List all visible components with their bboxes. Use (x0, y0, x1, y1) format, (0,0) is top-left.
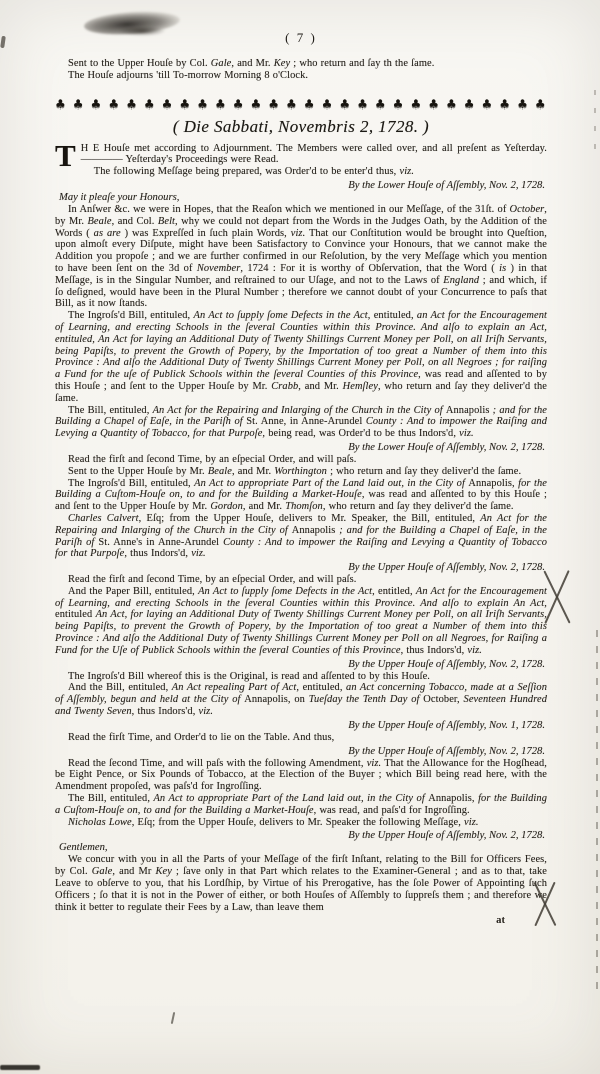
margin-mark-left (0, 36, 6, 48)
page-edge-marks-top (594, 90, 596, 150)
date-heading: ( Die Sabbati, Novembris 2, 1728. ) (55, 117, 547, 137)
content-flow: Sent to the Upper Houſe by Col. Gale, an… (55, 58, 547, 913)
handwritten-cross-mark-1 (538, 568, 578, 628)
opening-paragraph: TH E Houſe met according to Adjournment.… (55, 143, 547, 167)
para-ingrossd-schools-bill: The Ingroſs'd Bill, entituled, An Act to… (55, 310, 547, 404)
salutation-line: May it pleaſe your Honours, (55, 192, 547, 204)
ornament-row: ♣ ♣ ♣ ♣ ♣ ♣ ♣ ♣ ♣ ♣ ♣ ♣ ♣ ♣ ♣ ♣ ♣ ♣ ♣ ♣ … (55, 97, 547, 111)
para-repealing-tobacco-bill: And the Bill, entituled, An Act repealin… (55, 682, 547, 717)
para-paper-bill-schools: And the Paper Bill, entituled, An Act to… (55, 586, 547, 657)
catchword: at (55, 915, 547, 926)
endorsement-line: By the Lower Houſe of Aſſembly, Nov. 2, … (55, 180, 545, 192)
para-we-concur: We concur with you in all the Parts of y… (55, 854, 547, 913)
para-nicholas-lowe-delivers: Nicholas Lowe, Eſq; from the Upper Houſe… (55, 817, 547, 829)
endorsement-line: By the Upper Houſe of Aſſembly, Nov. 2, … (55, 562, 545, 574)
para-bill-customhouse-ingrossing: The Bill, entituled, An Act to appropria… (55, 793, 547, 817)
salutation-line: Gentlemen, (55, 842, 547, 854)
para-read-first-second: Read the firſt and ſecond Time, by an eſ… (55, 454, 547, 466)
endorsement-line: By the Upper Houſe of Aſſembly, Nov. 2, … (55, 659, 545, 671)
endorsement-line: By the Upper Houſe of Aſſembly, Nov. 2, … (55, 830, 545, 842)
para-ingrossd-customhouse-bill: The Ingroſs'd Bill, entituled, An Act to… (55, 478, 547, 513)
scan-edge-artifact (0, 1065, 40, 1070)
para-ingrossd-original: The Ingroſs'd Bill whereof this is the O… (55, 671, 547, 683)
para-following-message: The following Meſſage being prepared, wa… (55, 166, 547, 178)
para-charles-calvert-delivers: Charles Calvert, Eſq; from the Upper Hou… (55, 513, 547, 560)
handwritten-cross-mark-2 (526, 880, 562, 932)
page-edge-marks (596, 630, 598, 990)
endorsement-line: By the Lower Houſe of Aſſembly, Nov. 2, … (55, 442, 545, 454)
para-in-answer: In Anſwer &c. we were in Hopes, that the… (55, 204, 547, 310)
para-read-second-amendment: Read the ſecond Time, and will paſs with… (55, 758, 547, 793)
stray-ink-mark (171, 1012, 175, 1024)
drop-cap-letter: T (55, 143, 81, 167)
para-read-first-table: Read the firſt Time, and Order'd to lie … (55, 732, 547, 744)
endorsement-line: By the Upper Houſe of Aſſembly, Nov. 1, … (55, 720, 545, 732)
para-church-bill: The Bill, entituled, An Act for the Repa… (55, 405, 547, 440)
para-read-first-second-2: Read the firſt and ſecond Time, by an eſ… (55, 574, 547, 586)
para-house-adjourns: The Houſe adjourns 'till To-morrow Morni… (55, 70, 547, 82)
para-sent-upper-house: Sent to the Upper Houſe by Col. Gale, an… (55, 58, 547, 70)
endorsement-line: By the Upper Houſe of Aſſembly, Nov. 2, … (55, 746, 545, 758)
page-number: ( 7 ) (55, 30, 547, 46)
para-sent-beale-worthington: Sent to the Upper Houſe by Mr. Beale, an… (55, 466, 547, 478)
scanned-document-page: ( 7 ) Sent to the Upper Houſe by Col. Ga… (0, 0, 600, 1074)
text-block: ( 7 ) Sent to the Upper Houſe by Col. Ga… (55, 30, 547, 926)
